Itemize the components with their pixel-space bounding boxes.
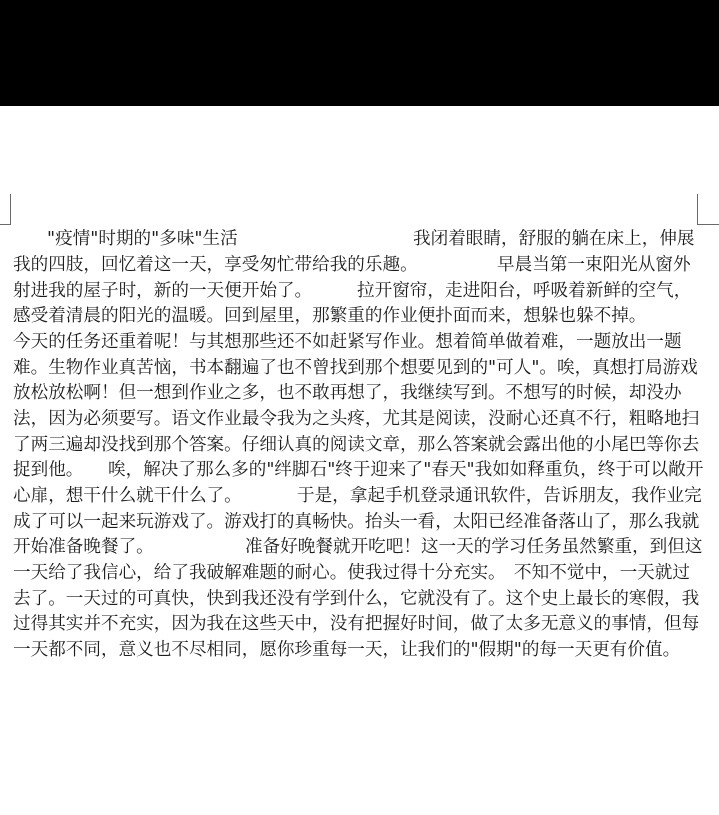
text-segment: 了两三遍却没找到那个答案。仔细认真的阅读文章，那么答案就会露出他的小尾巴等你去	[13, 432, 699, 458]
text-line: 射进我的屋子时，新的一天便开始了。 拉开窗帘，走进阳台，呼吸着新鲜的空气，	[0, 278, 719, 304]
text-line: 成了可以一起来玩游戏了。游戏打的真畅快。抬头一看，太阳已经准备落山了，那么我就	[0, 509, 719, 535]
text-segment: 心扉，想干什么就干什么了。	[13, 483, 242, 509]
text-line: "疫情"时期的"多味"生活 我闭着眼睛，舒服的躺在床上，伸展	[0, 226, 719, 252]
document-title: "疫情"时期的"多味"生活	[47, 226, 238, 252]
text-segment: 唉，解决了那么多的"绊脚石"终于迎来了"春天"我如如释重负，终于可以敞开	[108, 457, 703, 483]
text-segment: 我的四肢，回忆着这一天，享受匆忙带给我的乐趣。	[13, 252, 418, 278]
text-line: 去了。一天过的可真快，快到我还没有学到什么，它就没有了。这个史上最长的寒假，我	[0, 586, 719, 612]
text-line: 心扉，想干什么就干什么了。 于是，拿起手机登录通讯软件，告诉朋友，我作业完	[0, 483, 719, 509]
text-segment: 感受着清晨的阳光的温暖。回到屋里，那繁重的作业便扑面而来，想躲也躲不掉。	[13, 303, 646, 329]
page-corner-mark-right	[697, 194, 719, 225]
text-segment: 成了可以一起来玩游戏了。游戏打的真畅快。抬头一看，太阳已经准备落山了，那么我就	[13, 509, 699, 535]
text-segment: 法，因为必须要写。语文作业最令我为之头疼，尤其是阅读，没耐心还真不行，粗略地扫	[13, 406, 699, 432]
text-line: 放松放松啊！但一想到作业之多，也不敢再想了，我继续写到。不想写的时候，却没办	[0, 380, 719, 406]
top-black-band	[0, 0, 719, 106]
text-segment: 于是，拿起手机登录通讯软件，告诉朋友，我作业完	[297, 483, 702, 509]
text-line: 一天都不同，意义也不尽相同，愿你珍重每一天，让我们的"假期"的每一天更有价值。	[0, 637, 719, 663]
page-corner-mark-left	[0, 194, 11, 225]
text-segment: 一天都不同，意义也不尽相同，愿你珍重每一天，让我们的"假期"的每一天更有价值。	[13, 637, 680, 663]
text-segment: 捉到他。	[13, 457, 83, 483]
text-segment: 不知不觉中，一天就过	[514, 560, 690, 586]
text-segment: 过得其实并不充实，因为我在这些天中，没有把握好时间，做了太多无意义的事情，但每	[13, 611, 699, 637]
text-segment: 拉开窗帘，走进阳台，呼吸着新鲜的空气，	[357, 278, 691, 304]
text-line: 了两三遍却没找到那个答案。仔细认真的阅读文章，那么答案就会露出他的小尾巴等你去	[0, 432, 719, 458]
text-segment: 准备好晚餐就开吃吧！这一天的学习任务虽然繁重，到但这	[245, 534, 702, 560]
text-segment: 早晨当第一束阳光从窗外	[497, 252, 691, 278]
text-line: 我的四肢，回忆着这一天，享受匆忙带给我的乐趣。 早晨当第一束阳光从窗外	[0, 252, 719, 278]
text-segment: 射进我的屋子时，新的一天便开始了。	[13, 278, 312, 304]
text-line: 难。生物作业真苦恼，书本翻遍了也不曾找到那个想要见到的"可人"。唉，真想打局游戏	[0, 355, 719, 381]
text-line: 开始准备晚餐了。 准备好晚餐就开吃吧！这一天的学习任务虽然繁重，到但这	[0, 534, 719, 560]
text-segment: 难。生物作业真苦恼，书本翻遍了也不曾找到那个想要见到的"可人"。唉，真想打局游戏	[13, 355, 698, 381]
text-segment: 今天的任务还重着呢！与其想那些还不如赶紧写作业。想着简单做着难，一题放出一题	[13, 329, 682, 355]
text-segment: 放松放松啊！但一想到作业之多，也不敢再想了，我继续写到。不想写的时候，却没办	[13, 380, 682, 406]
text-line: 今天的任务还重着呢！与其想那些还不如赶紧写作业。想着简单做着难，一题放出一题	[0, 329, 719, 355]
document-page: "疫情"时期的"多味"生活 我闭着眼睛，舒服的躺在床上，伸展 我的四肢，回忆着这…	[0, 106, 719, 815]
text-line: 感受着清晨的阳光的温暖。回到屋里，那繁重的作业便扑面而来，想躲也躲不掉。	[0, 303, 719, 329]
text-line: 捉到他。 唉，解决了那么多的"绊脚石"终于迎来了"春天"我如如释重负，终于可以敞…	[0, 457, 719, 483]
text-segment: 我闭着眼睛，舒服的躺在床上，伸展	[413, 226, 695, 252]
text-line: 一天给了我信心，给了我破解难题的耐心。使我过得十分充实。 不知不觉中，一天就过	[0, 560, 719, 586]
text-line: 法，因为必须要写。语文作业最令我为之头疼，尤其是阅读，没耐心还真不行，粗略地扫	[0, 406, 719, 432]
text-line: 过得其实并不充实，因为我在这些天中，没有把握好时间，做了太多无意义的事情，但每	[0, 611, 719, 637]
text-segment: 去了。一天过的可真快，快到我还没有学到什么，它就没有了。这个史上最长的寒假，我	[13, 586, 699, 612]
text-segment: 开始准备晚餐了。	[13, 534, 154, 560]
text-segment: 一天给了我信心，给了我破解难题的耐心。使我过得十分充实。	[13, 560, 506, 586]
